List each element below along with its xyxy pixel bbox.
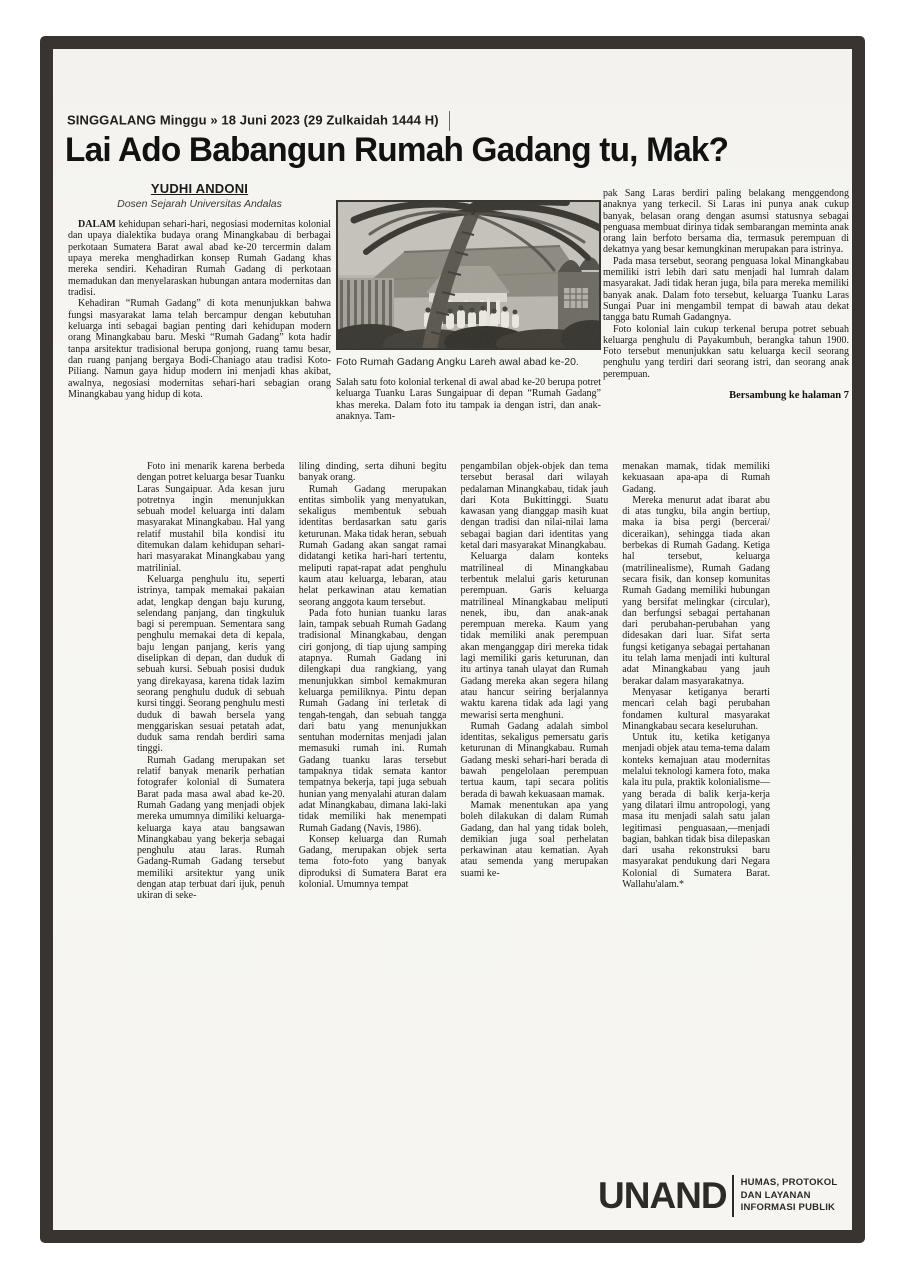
article-paragraph: Keluarga dalam konteks matrilineal di Mi… [461, 551, 609, 720]
unand-logo: UNAND HUMAS, PROTOKOL DAN LAYANAN INFORM… [598, 1175, 852, 1217]
continued-notice: Bersambung ke halaman 7 [603, 390, 849, 401]
article-paragraph: Mamak menentukan apa yang boleh dilakuka… [461, 800, 609, 879]
dateline-divider [449, 111, 450, 131]
article-paragraph: menakan mamak, tidak memiliki kekuasaan … [622, 461, 770, 495]
logo-subtitle: HUMAS, PROTOKOL DAN LAYANAN INFORMASI PU… [741, 1177, 852, 1214]
byline: YUDHI ANDONI Dosen Sejarah Universitas A… [68, 181, 331, 210]
article-paragraph: Pada foto hunian tuanku laras lain, tamp… [299, 608, 447, 834]
lower-column-2: liling dinding, serta dihuni begitu bany… [299, 461, 447, 902]
article-column-2: Foto Rumah Gadang Angku Lareh awal abad … [336, 200, 601, 422]
photo-caption: Foto Rumah Gadang Angku Lareh awal abad … [336, 356, 601, 368]
logo-subtitle-line2: DAN LAYANAN INFORMASI PUBLIK [741, 1190, 836, 1213]
article-paragraph: Mereka menurut adat ibarat abu di atas t… [622, 495, 770, 687]
lead-paragraph: DALAM kehidupan sehari-hari, negosiasi m… [68, 219, 331, 298]
newspaper-scan-page: SINGGALANG Minggu » 18 Juni 2023 (29 Zul… [0, 0, 905, 1280]
article-paragraph: liling dinding, serta dihuni begitu bany… [299, 461, 447, 484]
article-column-1: YUDHI ANDONI Dosen Sejarah Universitas A… [68, 181, 331, 401]
column-3-text: pak Sang Laras berdiri paling belakang m… [603, 188, 849, 380]
headline: Lai Ado Babangun Rumah Gadang tu, Mak? [65, 131, 728, 170]
lead-word: DALAM [78, 219, 116, 230]
historical-photo-rumah-gadang [336, 200, 601, 350]
article-paragraph: Pada masa tersebut, seorang penguasa lok… [603, 256, 849, 324]
article-paragraph: Rumah Gadang merupakan set relatif banya… [137, 755, 285, 902]
scan-border-frame: SINGGALANG Minggu » 18 Juni 2023 (29 Zul… [40, 36, 865, 1243]
author-title: Dosen Sejarah Universitas Andalas [68, 198, 331, 210]
article-paragraph: Foto ini menarik karena berbeda dengan p… [137, 461, 285, 574]
article-paragraph: Salah satu foto kolonial terkenal di awa… [336, 377, 601, 422]
logo-divider-bar [732, 1175, 734, 1217]
dateline: SINGGALANG Minggu » 18 Juni 2023 (29 Zul… [67, 111, 450, 131]
article-paragraph: Konsep keluarga dan Rumah Gadang, merupa… [299, 834, 447, 890]
lower-section: Foto ini menarik karena berbeda dengan p… [137, 461, 770, 902]
dateline-text: SINGGALANG Minggu » 18 Juni 2023 (29 Zul… [67, 112, 439, 127]
author-name: YUDHI ANDONI [68, 181, 331, 196]
newspaper-sheet: SINGGALANG Minggu » 18 Juni 2023 (29 Zul… [53, 49, 852, 1230]
article-paragraph: Foto kolonial lain cukup terkenal berupa… [603, 324, 849, 380]
unand-logo-text: UNAND [598, 1175, 727, 1217]
lower-column-4: menakan mamak, tidak memiliki kekuasaan … [622, 461, 770, 902]
lower-column-1: Foto ini menarik karena berbeda dengan p… [137, 461, 285, 902]
article-paragraph: pengambilan objek-objek dan tema tersebu… [461, 461, 609, 551]
article-paragraph: pak Sang Laras berdiri paling belakang m… [603, 188, 849, 256]
lower-column-3: pengambilan objek-objek dan tema tersebu… [461, 461, 609, 902]
article-column-3: pak Sang Laras berdiri paling belakang m… [603, 188, 849, 401]
article-paragraph: Keluarga penghulu itu, seperti istrinya,… [137, 574, 285, 755]
article-paragraph: Untuk itu, ketika ketiganya menjadi obje… [622, 732, 770, 890]
article-paragraph: Rumah Gadang merupakan entitas simbolik … [299, 484, 447, 608]
logo-subtitle-line1: HUMAS, PROTOKOL [741, 1177, 838, 1188]
article-paragraph: Kehadiran “Rumah Gadang” di kota menunju… [68, 298, 331, 400]
column-2-text: Salah satu foto kolonial terkenal di awa… [336, 377, 601, 422]
article-paragraph: Rumah Gadang adalah simbol identitas, se… [461, 721, 609, 800]
article-paragraph: Menyasar ketiganya berarti mencari celah… [622, 687, 770, 732]
